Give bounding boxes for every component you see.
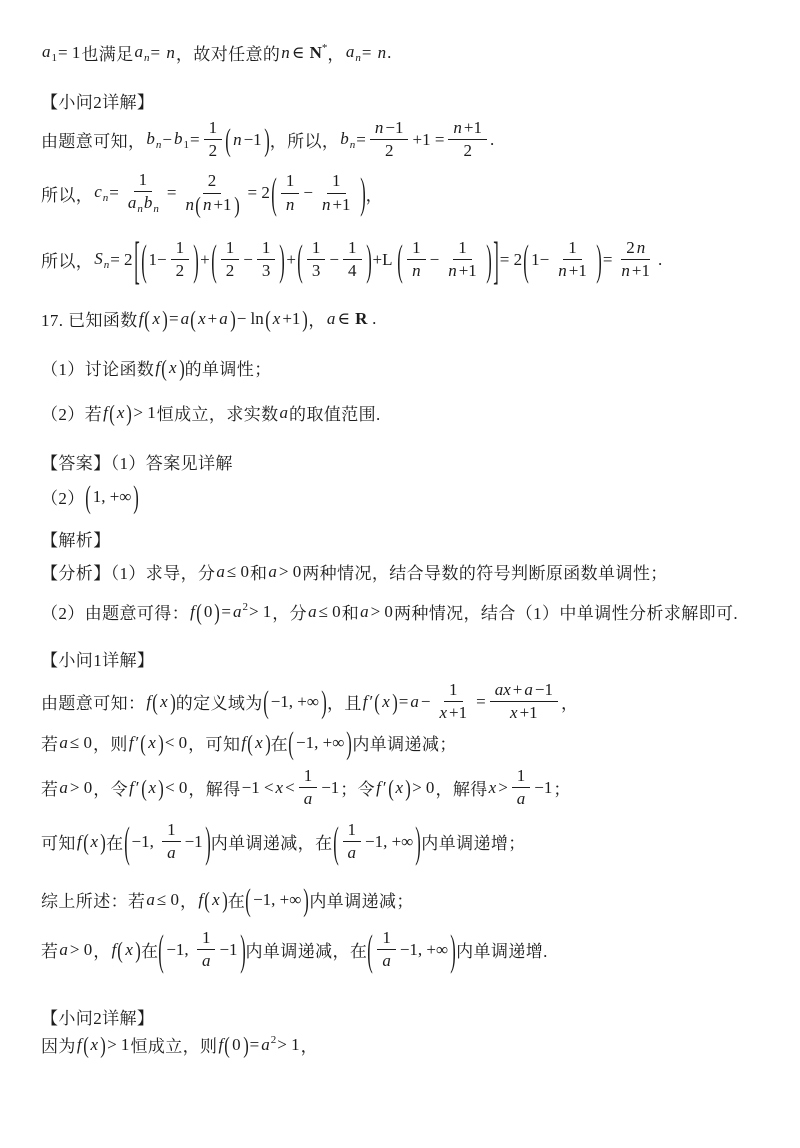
numerator: 1 [343,820,362,842]
text-run: 可知 [41,829,76,854]
text-run: 恒成立，则 [130,1032,217,1057]
group-content: x [167,358,179,378]
math-operator: 1 [347,238,358,258]
group-content: x [150,309,162,329]
math-var: x [272,309,282,329]
close-delimiter: ) [234,193,240,216]
math-var: a [201,951,212,971]
math-subscripted: an [127,193,143,216]
fraction: 2n(n+1) [180,171,243,215]
math-operator: − [161,130,173,150]
sn-formula-line: 所以，Sn= 2[(1−12)+(12−13)+(13−14)+L (1n−1n… [41,238,663,282]
math-var: x [275,778,285,798]
math-var: x [488,778,498,798]
open-delimiter: ( [263,686,269,718]
numerator: 1 [453,238,472,260]
math-operator: < 0 [164,733,188,753]
text-run: ， [327,40,344,65]
math-var: a [303,789,314,809]
open-delimiter: ( [195,193,201,216]
math-var: a [347,843,358,863]
numerator: 1 [197,928,216,950]
text-run: 和 [342,599,359,624]
math-var: a [134,42,145,61]
math-operator: 1 [261,238,272,258]
math-operator: −1, [131,832,160,852]
math-operator: = [168,309,180,329]
derivative-line: 由题意可知：f(x)的定义域为(−1, +∞)，且f′(x)=a−1x+1=ax… [41,680,578,724]
math-set-symbol: R [355,309,367,329]
math-group: (1−12) [141,238,200,282]
math-operator: − [242,250,254,270]
text-run: ， [561,689,578,714]
math-group: (−1, 1a−1) [158,928,245,972]
group-content: 1−12 [147,238,194,282]
math-var: a [58,940,69,960]
math-var: a [279,403,290,423]
text-run: 内单调递减，在 [211,829,333,854]
text-run: . [490,130,495,150]
denominator: 4 [343,260,362,281]
math-operator: +L [372,250,398,270]
fraction: 1a [197,928,216,972]
fraction: 1n [281,171,300,215]
math-operator: ≤ 0 [226,562,250,582]
subpart2-header: 【小问2详解】 [41,88,154,113]
math-var: f [128,778,135,798]
math-var: x [159,692,169,712]
close-delimiter: ) [243,1033,249,1056]
close-delimiter: ) [215,600,221,623]
math-operator: > 0 [370,602,394,622]
open-delimiter: ( [83,1033,89,1056]
math-operator: −1, +∞ [295,733,345,753]
fraction: 1a [377,928,396,972]
open-delimiter: ( [204,888,210,911]
math-operator: − ln [236,309,265,329]
math-var: x [116,403,126,423]
close-delimiter: ) [264,124,270,156]
math-operator: 1 [516,766,527,786]
math-var: f [375,778,382,798]
fraction: 2nn+1 [616,238,655,282]
math-operator: = [189,130,201,150]
math-var: n [202,195,213,215]
math-operator: = 2 [499,250,523,270]
open-delimiter: ( [225,124,231,156]
text-run: ，故对任意的 [176,40,280,65]
text-run: 【小问2详解】 [41,1004,154,1029]
fraction: 12 [221,238,240,282]
math-operator: = [108,183,120,203]
numerator: 1 [221,238,240,260]
denominator: a [512,788,531,809]
math-var: f [189,602,196,622]
numerator: 1 [257,238,276,260]
close-delimiter: ) [366,238,372,281]
group-content: 1a−1, +∞ [373,928,450,972]
close-delimiter: ) [162,307,168,330]
math-operator: 1 [208,118,219,138]
fraction: 1x+1 [434,680,472,724]
math-operator: 1 [225,238,236,258]
math-var: a [267,562,278,582]
math-subscripted: an [134,42,150,64]
math-var: a [307,602,318,622]
denominator: 2 [171,260,190,281]
text-run: ， [308,306,325,331]
math-var: c [93,182,103,201]
denominator: a [162,842,181,863]
group-content: 0 [230,1035,243,1055]
text-run: （2） [41,484,85,509]
math-group: (x+a) [190,309,236,329]
math-subscripted: cn [93,182,108,204]
close-delimiter: ) [416,820,422,863]
math-var: x [90,832,100,852]
math-operator: − [420,692,432,712]
text-run: ； [553,775,570,800]
math-operator: 2 [208,141,219,161]
math-operator: − [302,183,314,203]
math-var: x [509,703,519,723]
math-operator: > 1 [132,403,156,423]
math-group: (−1, +∞) [263,692,327,712]
math-operator: +1 [448,703,468,723]
text-run: 17. 已知函数 [41,306,138,331]
open-delimiter: ( [271,172,277,215]
close-delimiter: ) [158,731,164,754]
text-run: 两种情况，结合（1）中单调性分析求解即可. [394,599,738,624]
math-operator: +1 [568,261,588,281]
math-operator: > 0 [278,562,302,582]
math-group: (x) [109,403,133,423]
math-var: f [76,832,83,852]
math-var: a [215,562,226,582]
open-delimiter: ( [288,727,294,759]
math-operator: 2 [462,141,473,161]
fraction: 1n+1 [553,238,592,282]
text-run: 在 [271,730,288,755]
analysis-1: 【分析】（1）求导，分a≤ 0和a> 0两种情况，结合导数的符号判断原函数单调性… [41,559,668,584]
case-a-positive-solve: 若a> 0，令f′(x)< 0，解得−1 <x<1a−1；令f′(x)> 0，解… [41,766,571,810]
math-operator: +1 [463,118,483,138]
close-delimiter: ) [265,731,271,754]
math-var: a [232,602,243,621]
math-var: a [260,1035,271,1054]
open-delimiter: ( [124,820,130,863]
math-operator: 1− [148,250,168,270]
math-operator: = [361,43,377,63]
text-run: ，解得 [435,775,487,800]
math-var: f [240,733,247,753]
math-group: (x) [374,692,398,712]
math-operator: + [199,250,211,270]
close-delimiter: ) [222,888,228,911]
close-delimiter: ) [360,172,366,215]
math-subscripted: bn [145,129,161,151]
math-operator: = 2 [247,183,271,203]
math-operator: −1 [534,680,554,700]
math-var: a [127,193,138,212]
math-group: (1n−1n+1) [271,171,366,215]
numerator: ax+a−1 [490,680,558,702]
math-operator: 1 [303,766,314,786]
text-run: ，且 [327,689,362,714]
math-var: f [362,692,369,712]
math-var: a [166,843,177,863]
fraction: 1anbn [123,170,163,217]
group-content: 1n−1n+1 [403,238,486,282]
text-run: 内单调递减； [309,887,413,912]
math-var: f [102,403,109,423]
math-operator: −1 < [241,778,275,798]
denominator: 3 [257,260,276,281]
open-delimiter: ( [109,401,115,424]
text-run: 【解析】 [41,526,111,551]
math-operator: = [398,692,410,712]
math-var: n [377,43,388,63]
math-var: n [285,195,296,215]
math-operator: 1− [530,250,550,270]
math-operator: −1 [218,940,238,960]
math-operator: +1 [281,309,301,329]
answer-2: （2）(1, +∞) [41,484,139,509]
close-delimiter: ) [170,690,176,713]
math-operator: 1 [138,170,149,190]
fraction: 12 [204,118,223,162]
text-run: 由题意可知， [41,127,145,152]
math-operator: 1, +∞ [92,487,133,507]
math-var: a [523,680,534,700]
math-group: (n+1) [195,195,240,215]
math-var: n [232,130,243,150]
math-operator: −1, +∞ [252,890,302,910]
math-operator: > 1 [106,1035,130,1055]
math-var: f [154,358,161,378]
open-delimiter: ( [152,690,158,713]
close-delimiter: ) [321,686,327,718]
math-operator: > 1 [276,1035,300,1055]
math-group: [(1−12)+(12−13)+(13−14)+L (1n−1n+1)] [134,238,499,282]
math-operator: 1 [347,820,358,840]
math-var: f [76,1035,83,1055]
denominator: 3 [307,260,326,281]
text-run: 也满足 [81,40,133,65]
text-run: 在 [106,829,123,854]
text-run: ，可知 [188,730,240,755]
fraction: 1n [407,238,426,282]
question-1: （1）讨论函数f(x)的单调性； [41,355,272,380]
math-operator: = [602,250,614,270]
denominator: a [299,788,318,809]
math-subscripted: a1 [41,42,57,64]
math-group: (x) [247,733,271,753]
close-delimiter: ) [134,481,140,513]
math-operator: = [220,602,232,622]
close-delimiter: ) [304,884,310,916]
denominator: 2 [380,140,399,161]
text-run: （2）由题意可得： [41,599,189,624]
cn-formula-line: 所以，cn=1anbn=2n(n+1)= 2(1n−1n+1)， [41,170,383,217]
math-operator: = [150,43,166,63]
math-operator: +1 [331,195,351,215]
open-delimiter: [ [134,234,140,286]
open-delimiter: ( [83,830,89,853]
math-operator: 1 [311,238,322,258]
text-run: 【小问1详解】 [41,646,154,671]
group-content: x [253,733,265,753]
math-operator: −1 [184,832,204,852]
math-group: (x) [161,358,185,378]
math-operator: 1 [166,820,177,840]
math-group: (−1, +∞) [245,890,309,910]
math-operator: −1, +∞ [399,940,449,960]
math-operator: 0 [231,1035,242,1055]
math-group: (1a−1, +∞) [333,820,422,864]
open-delimiter: ( [247,731,253,754]
text-run: 两种情况，结合导数的符号判断原函数单调性； [302,559,667,584]
text-run: ， [366,181,383,206]
close-delimiter: ) [596,238,602,281]
math-operator: ≤ 0 [69,733,93,753]
numerator: 1 [204,118,223,140]
group-content: x [210,890,222,910]
math-operator: < [284,778,296,798]
text-run: . [658,250,663,270]
math-operator: − [429,250,441,270]
math-operator: > 1 [248,602,272,622]
close-delimiter: ) [127,401,133,424]
summary-case-1: 综上所述：若a≤ 0，f(x)在(−1, +∞)内单调递减； [41,887,414,912]
numerator: n+1 [448,118,487,140]
math-var: n [184,195,195,215]
text-run: 【分析】（1）求导，分 [41,559,215,584]
math-operator: −1, +∞ [270,692,320,712]
question-2: （2）若f(x)> 1恒成立，求实数a的取值范围. [41,400,381,425]
fraction: n−12 [370,118,409,162]
subpart2-header-bottom: 【小问2详解】 [41,1004,154,1029]
text-run: 因为 [41,1032,76,1057]
denominator: n+1 [553,260,592,281]
math-group: (x) [388,778,412,798]
fraction: 1a [343,820,362,864]
open-delimiter: ( [141,731,147,754]
math-var: a [218,309,229,329]
text-run: 在 [141,937,158,962]
math-var: x [395,778,405,798]
math-group: (x) [83,1035,107,1055]
text-run: 所以， [41,247,93,272]
numerator: 1 [377,928,396,950]
text-run: 若 [41,775,58,800]
group-content: −1, +∞ [294,733,346,753]
math-group: (n−1) [225,130,270,150]
math-var: x [438,703,448,723]
group-content: x [394,778,406,798]
math-operator: −1, +∞ [364,832,414,852]
group-content: x [158,692,170,712]
close-delimiter: ) [347,727,353,759]
numerator: 1 [307,238,326,260]
denominator: a [377,950,396,971]
math-var: f [197,890,204,910]
numerator: 1 [343,238,362,260]
open-delimiter: ( [368,928,374,971]
math-var: a [145,890,156,910]
text-run: 和 [250,559,267,584]
subscript: n [153,203,159,215]
math-operator: 4 [347,261,358,281]
text-run: 若 [41,937,58,962]
math-operator: +1 [458,261,478,281]
group-content: x+a [196,309,230,329]
close-delimiter: ) [135,938,141,961]
math-operator: 3 [311,261,322,281]
math-var: b [173,129,184,148]
open-delimiter: ( [523,238,529,281]
math-operator: +1 = [411,130,445,150]
group-content: (1−12)+(12−13)+(13−14)+L (1n−1n+1) [140,238,493,282]
math-var: n [411,261,422,281]
math-operator: 2 [625,238,636,258]
case-a-positive-intervals: 可知f(x)在(−1, 1a−1)内单调递减，在(1a−1, +∞)内单调递增； [41,820,526,864]
math-var: a [180,309,191,329]
text-run: 的定义域为 [176,689,263,714]
text-run: 的取值范围. [289,400,381,425]
denominator: 2 [458,140,477,161]
numerator: 1 [407,238,426,260]
math-group: (x) [83,832,107,852]
fraction: 1a [162,820,181,864]
denominator: n+1 [443,260,482,281]
group-content: −1, +∞ [251,890,303,910]
text-run: ，解得 [188,775,240,800]
text-run: 内单调递增. [456,937,548,962]
bn-formula-line: 由题意可知，bn−b1=12(n−1)，所以，bn=n−12+1 =n+12. [41,118,495,162]
group-content: 1−1n+1 [529,238,596,282]
numerator: 1 [299,766,318,788]
fraction: 1a [512,766,531,810]
math-var: n [636,238,647,258]
math-subscripted: bn [143,193,159,216]
math-operator: 1 [567,238,578,258]
math-subscripted: bn [339,129,355,151]
group-content: 1a−1, +∞ [339,820,416,864]
math-var: x [124,940,134,960]
text-run: 【小问2详解】 [41,88,154,113]
close-delimiter: ) [205,820,211,863]
text-run: ，所以， [270,127,340,152]
numerator: 1 [444,680,463,702]
math-var: f [145,692,152,712]
open-delimiter: ( [145,307,151,330]
numerator: n−1 [370,118,409,140]
denominator: anbn [123,192,163,216]
text-run: 在 [228,887,245,912]
group-content: x+1 [271,309,303,329]
math-operator: −1 [243,130,263,150]
math-group: (1n−1n+1) [397,238,492,282]
math-operator: 1 [381,928,392,948]
math-var: x [90,1035,100,1055]
math-operator: + [207,309,219,329]
math-superscripted: a2 [260,1034,276,1055]
math-group: (x) [144,309,168,329]
open-delimiter: ( [190,307,196,330]
math-superscripted: a2 [232,601,248,622]
text-run: 综上所述：若 [41,887,145,912]
